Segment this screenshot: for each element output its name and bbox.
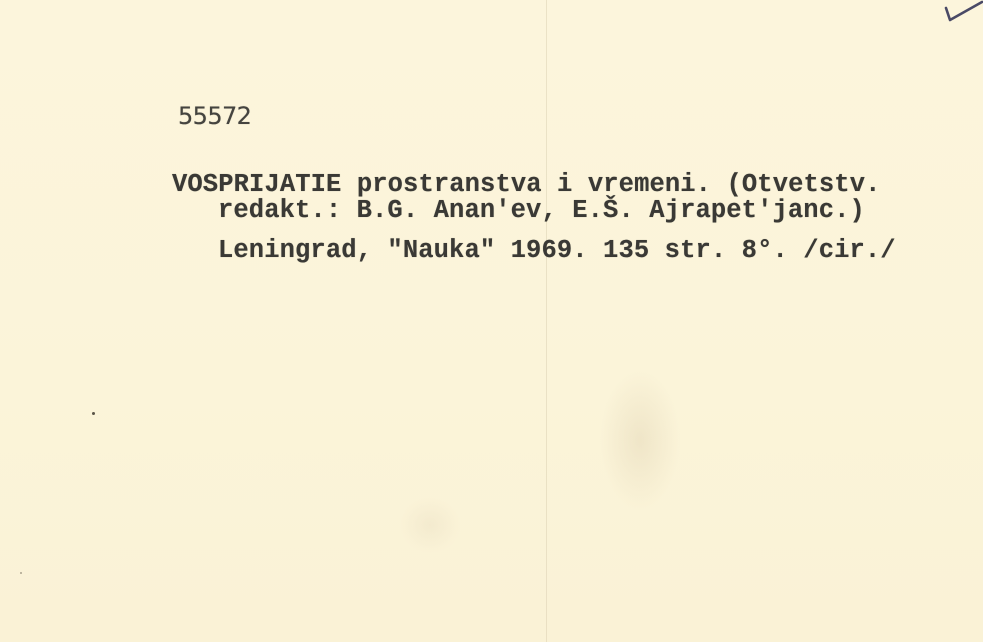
call-number: 55572 <box>178 104 251 128</box>
checkmark-icon <box>940 0 983 26</box>
ink-speck <box>92 412 95 415</box>
title-line: VOSPRIJATIE prostranstva i vremeni. (Otv… <box>172 172 881 198</box>
editors-line: redakt.: B.G. Anan'ev, E.Š. Ajrapet'janc… <box>218 198 865 224</box>
catalog-card: 55572 VOSPRIJATIE prostranstva i vremeni… <box>0 0 983 642</box>
ink-speck <box>20 572 22 574</box>
paper-crease <box>546 0 547 642</box>
imprint-line: Leningrad, "Nauka" 1969. 135 str. 8°. /c… <box>218 238 896 264</box>
